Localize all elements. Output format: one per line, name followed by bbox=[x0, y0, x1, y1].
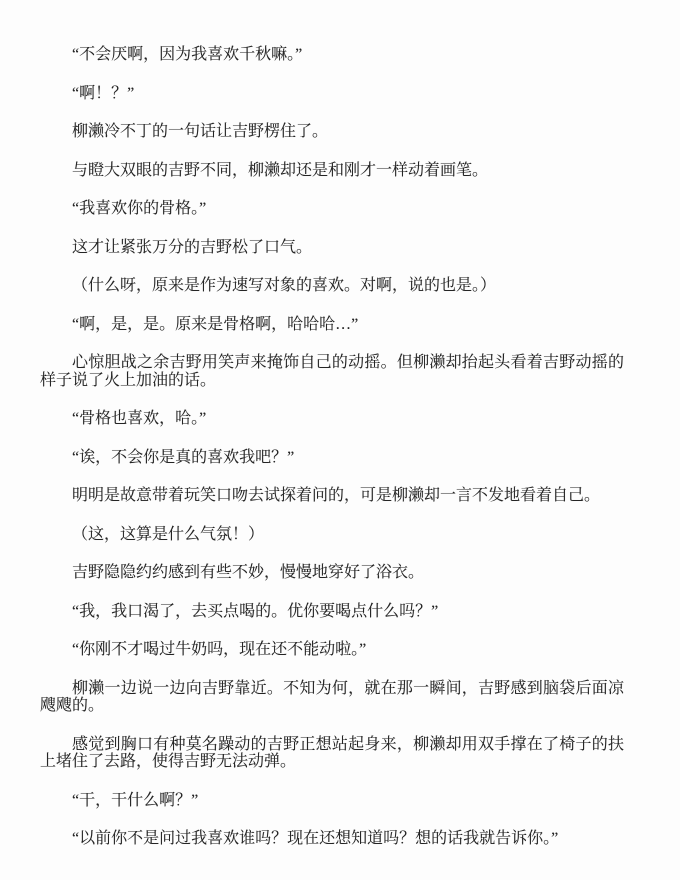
paragraph: 这才让紧张万分的吉野松了口气。 bbox=[40, 239, 624, 257]
text-block: “不会厌啊，因为我喜欢千秋嘛。” “啊！？” 柳濑冷不丁的一句话让吉野楞住了。 … bbox=[40, 46, 624, 848]
paragraph: 柳濑冷不丁的一句话让吉野楞住了。 bbox=[40, 123, 624, 141]
paragraph: “干，干什么啊？” bbox=[40, 792, 624, 810]
paragraph: （什么呀，原来是作为速写对象的喜欢。对啊，说的也是。） bbox=[40, 277, 624, 295]
paragraph: “你刚不才喝过牛奶吗，现在还不能动啦。” bbox=[40, 641, 624, 659]
paragraph: “以前你不是问过我喜欢谁吗？现在还想知道吗？想的话我就告诉你。” bbox=[40, 830, 624, 848]
paragraph: 心惊胆战之余吉野用笑声来掩饰自己的动摇。但柳濑却抬起头看着吉野动摇的样子说了火上… bbox=[40, 354, 624, 389]
paragraph: “不会厌啊，因为我喜欢千秋嘛。” bbox=[40, 46, 624, 64]
paragraph: 吉野隐隐约约感到有些不妙，慢慢地穿好了浴衣。 bbox=[40, 564, 624, 582]
paragraph: “我，我口渴了，去买点喝的。优你要喝点什么吗？” bbox=[40, 603, 624, 621]
paragraph: 与瞪大双眼的吉野不同，柳濑却还是和刚才一样动着画笔。 bbox=[40, 162, 624, 180]
paragraph: 明明是故意带着玩笑口吻去试探着问的，可是柳濑却一言不发地看着自己。 bbox=[40, 487, 624, 505]
paragraph: 感觉到胸口有种莫名躁动的吉野正想站起身来，柳濑却用双手撑在了椅子的扶上堵住了去路… bbox=[40, 736, 624, 771]
paragraph: “啊，是，是。原来是骨格啊，哈哈哈…” bbox=[40, 316, 624, 334]
paragraph: （这，这算是什么气氛！） bbox=[40, 526, 624, 544]
paragraph: “诶，不会你是真的喜欢我吧？” bbox=[40, 449, 624, 467]
document-page: “不会厌啊，因为我喜欢千秋嘛。” “啊！？” 柳濑冷不丁的一句话让吉野楞住了。 … bbox=[0, 0, 680, 880]
paragraph: “啊！？” bbox=[40, 85, 624, 103]
paragraph: 柳濑一边说一边向吉野靠近。不知为何，就在那一瞬间，吉野感到脑袋后面凉飕飕的。 bbox=[40, 680, 624, 715]
paragraph: “骨格也喜欢，哈。” bbox=[40, 410, 624, 428]
paragraph: “我喜欢你的骨格。” bbox=[40, 200, 624, 218]
